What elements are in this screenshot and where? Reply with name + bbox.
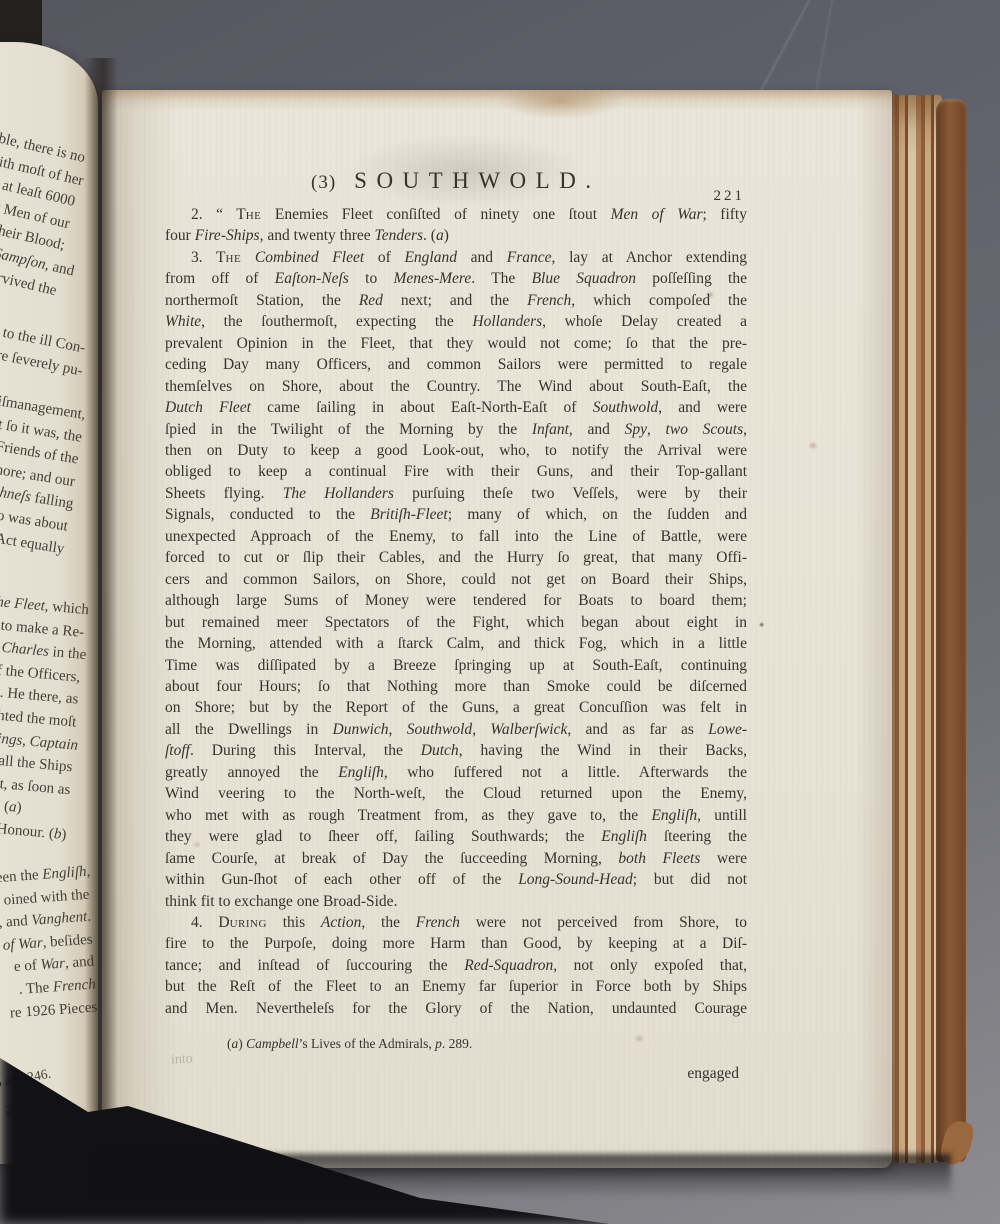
paragraph-2: 2. “ The Enemies Fleet conſiſted of nine… (165, 204, 747, 247)
body-text-line: the Morning, attended with a ſtarck Calm… (165, 633, 747, 654)
gutter-shadow (84, 58, 118, 1158)
body-text-line: think fit to exchange one Broad-Side. (165, 891, 747, 912)
body-text-line: Wind veering to the North-weſt, the Clou… (165, 783, 747, 804)
body-text-line: ſpied in the Twilight of the Morning by … (165, 419, 747, 440)
body-text-line: cers and common Sailors, on Shore, could… (165, 569, 747, 590)
book-photo-stage: able, there is nos with moſt of herloſt … (0, 0, 1000, 1224)
body-text-line: unexpected Approach of the Enemy, to fal… (165, 526, 747, 547)
body-text-line: 3. The Combined Fleet of England and Fra… (165, 247, 747, 268)
body-text-line: obliged to keep a continual Fire with th… (165, 461, 747, 482)
body-text-line: within Gun-ſhot of each other off of the… (165, 869, 747, 890)
showthrough-text: into (171, 1052, 193, 1069)
body-text-line: 4. During this Action, the French were n… (165, 912, 747, 933)
body-text-line: on Shore; but by the Report of the Guns,… (165, 697, 747, 718)
body-text-line: about four Hours; ſo that Nothing more t… (165, 676, 747, 697)
body-text-line: and Men. Nevertheleſs for the Glory of t… (165, 998, 747, 1019)
section-number: (3) (311, 172, 336, 193)
footnote: (a) Campbell’s Lives of the Admirals, p.… (165, 1036, 747, 1052)
body-text-line: 2. “ The Enemies Fleet conſiſted of nine… (165, 204, 747, 225)
body-text-line: Time was diſſipated by a Breeze ſpringin… (165, 655, 747, 676)
leather-cover-edge (936, 99, 966, 1162)
body-text-line: ſtoff. During this Interval, the Dutch, … (165, 740, 747, 761)
paragraph-3: 3. The Combined Fleet of England and Fra… (165, 247, 747, 912)
body-text-line: greatly annoyed the Engliſh, who ſuffere… (165, 762, 747, 783)
body-text-line: who met with as rough Treatment from, as… (165, 805, 747, 826)
body-text-line: fire to the Purpoſe, doing more Harm tha… (165, 933, 747, 954)
body-text-line: themſelves on Shore, about the Country. … (165, 376, 747, 397)
body-text-line: ceding Day many Officers, and common Sai… (165, 354, 747, 375)
paragraph-4: 4. During this Action, the French were n… (165, 912, 747, 1019)
body-text-line: but the Reſt of the Fleet to an Enemy fa… (165, 976, 747, 997)
body-text-line: Dutch Fleet came ſailing in about Eaſt-N… (165, 397, 747, 418)
body-text-line: they were glad to ſheer off, ſailing Sou… (165, 826, 747, 847)
body-text-line: tance; and inſtead of ſuccouring the Red… (165, 955, 747, 976)
page-title: SOUTHWOLD. (354, 168, 600, 193)
right-page-text-block: (3)SOUTHWOLD. 221 2. “ The Enemies Fleet… (165, 168, 747, 1083)
body-text-line: from off of Eaſton-Neſs to Menes-Mere. T… (165, 268, 747, 289)
body-text-line: northermoſt Station, the Red next; and t… (165, 290, 747, 311)
body-text-line: all the Dwellings in Dunwich, Southwold,… (165, 719, 747, 740)
body-text-line: ſame Courſe, at break of Day the ſucceed… (165, 848, 747, 869)
running-header: (3)SOUTHWOLD. 221 (165, 168, 747, 204)
body-text-line: prevalent Opinion in the Fleet, that the… (165, 333, 747, 354)
fore-edge-page-block (890, 95, 942, 1163)
catchword: engaged (165, 1065, 747, 1083)
body-text-line: although large Sums of Money were tender… (165, 590, 747, 611)
body-text-line: Signals, conducted to the Britiſh-Fleet;… (165, 504, 747, 525)
page-number: 221 (714, 188, 746, 205)
body-text-line: Sheets flying. The Hollanders purſuing t… (165, 483, 747, 504)
body-text-line: four Fire-Ships, and twenty three Tender… (165, 225, 747, 246)
right-page: (3)SOUTHWOLD. 221 2. “ The Enemies Fleet… (102, 90, 892, 1168)
body-text-line: White, the ſouthermoſt, expecting the Ho… (165, 311, 747, 332)
body-text-line: then on Duty to keep a good Look-out, wh… (165, 440, 747, 461)
body-text-line: forced to cut or ſlip their Cables, and … (165, 547, 747, 568)
book-bottom-shadow (95, 1154, 951, 1198)
body-text-line: but remained meer Spectators of the Figh… (165, 612, 747, 633)
